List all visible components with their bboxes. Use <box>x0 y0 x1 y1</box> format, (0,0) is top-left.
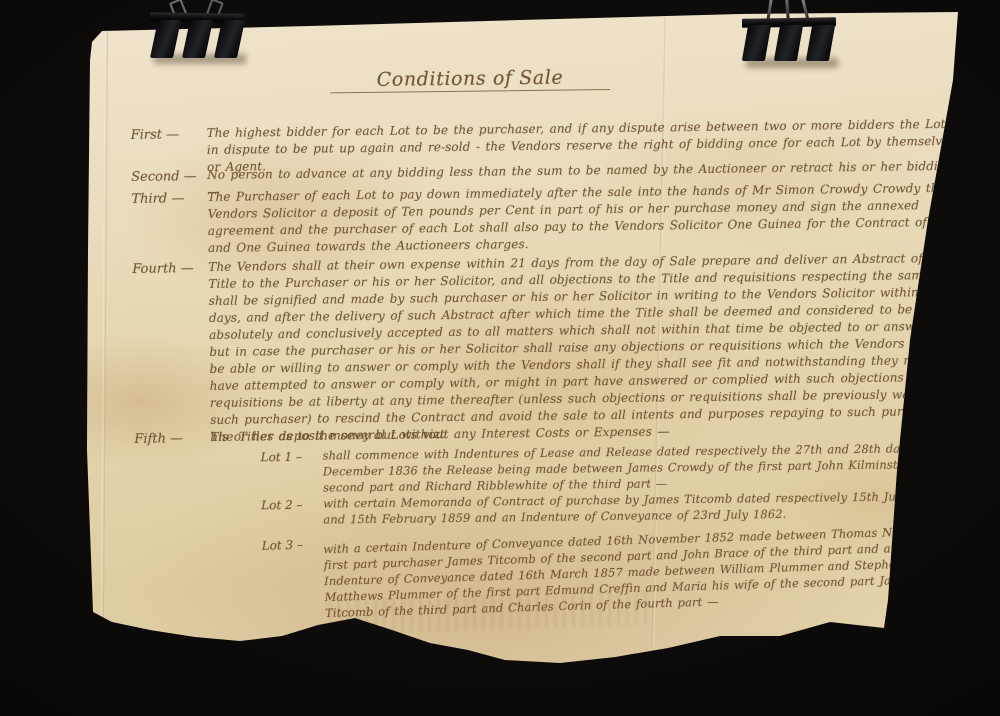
clip-prong <box>774 25 803 61</box>
binder-clip-left <box>150 0 250 64</box>
section-label-fourth: Fourth — <box>132 261 204 277</box>
lot-text-2: with certain Memoranda of Contract of pu… <box>323 488 961 528</box>
handwritten-text-layer: Conditions of Sale First — The highest b… <box>0 0 1000 716</box>
lot-label-2: Lot 2 – <box>261 498 319 513</box>
clip-prong <box>150 20 181 58</box>
clip-prong <box>182 20 213 58</box>
section-label-third: Third — <box>131 191 203 207</box>
photograph-background: Conditions of Sale First — The highest b… <box>0 0 1000 716</box>
document-paper: Conditions of Sale First — The highest b… <box>0 0 1000 716</box>
lot-label-1: Lot 1 – <box>261 450 319 465</box>
lot-label-3: Lot 3 – <box>261 537 319 553</box>
section-text-third: The Purchaser of each Lot to pay down im… <box>207 180 960 257</box>
section-label-first: First — <box>131 127 203 143</box>
lot-text-3: with a certain Indenture of Conveyance d… <box>323 522 963 621</box>
section-label-fifth: Fifth — <box>134 431 206 447</box>
clip-prong <box>806 25 835 61</box>
section-text-fourth: The Vendors shall at their own expense w… <box>208 250 962 446</box>
binder-clip-right <box>742 0 842 64</box>
clip-prong <box>742 25 771 61</box>
document-title: Conditions of Sale <box>330 66 610 93</box>
clip-prong <box>214 20 245 58</box>
lot-text-1: shall commence with Indentures of Lease … <box>323 440 962 496</box>
section-label-second: Second — <box>131 169 203 185</box>
